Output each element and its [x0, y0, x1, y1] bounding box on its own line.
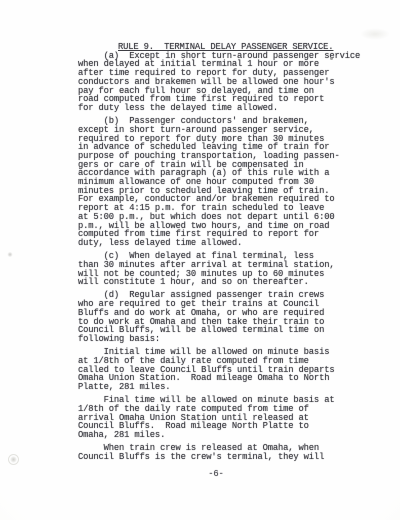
scan-speck	[7, 252, 13, 257]
scan-speck	[8, 454, 19, 465]
paragraph-initial-time: Initial time will be allowed on minute b…	[78, 348, 354, 392]
scan-smudge	[360, 28, 390, 40]
page-number: -6-	[78, 469, 354, 479]
paragraph-c: (c) When delayed at final terminal, less…	[78, 252, 354, 287]
paragraph-closing: When train crew is released at Omaha, wh…	[78, 444, 354, 461]
scan-speck	[330, 57, 333, 60]
document-text-block: RULE 9. TERMINAL DELAY PASSENGER SERVICE…	[78, 43, 354, 462]
scanned-document-page: RULE 9. TERMINAL DELAY PASSENGER SERVICE…	[0, 0, 400, 520]
paragraph-a: (a) Except in short turn-around passenge…	[78, 52, 354, 113]
paragraph-b: (b) Passenger conductors' and brakemen, …	[78, 117, 354, 248]
paragraph-final-time: Final time will be allowed on minute bas…	[78, 396, 354, 440]
paragraph-d: (d) Regular assigned passenger train cre…	[78, 291, 354, 343]
